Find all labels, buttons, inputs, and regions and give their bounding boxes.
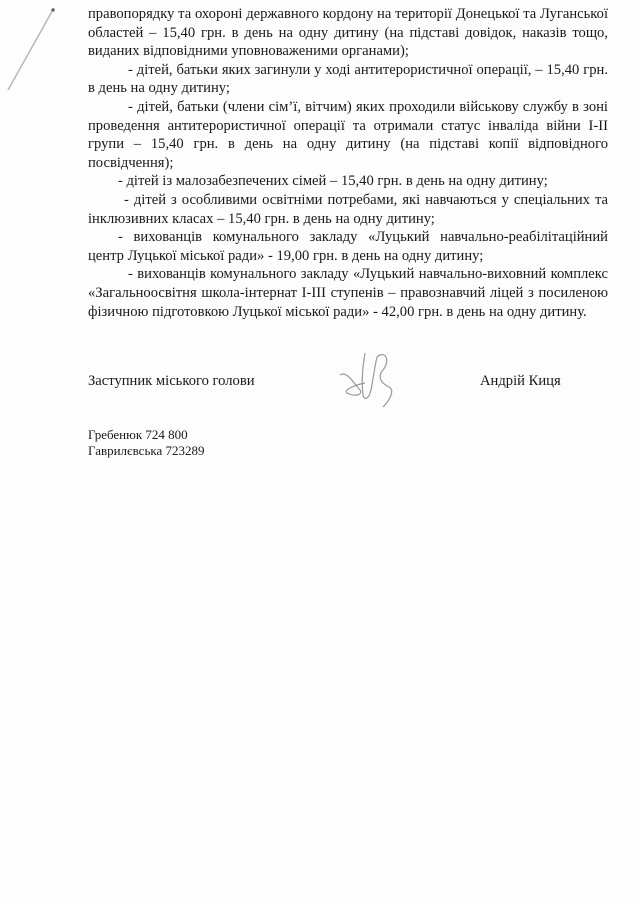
contact-line: Гаврилєвська 723289 [88,443,205,459]
paragraph: - вихованців комунального закладу «Луцьк… [88,228,608,265]
handwritten-signature-icon [335,345,410,420]
document-body: правопорядку та охороні державного кордо… [88,5,608,321]
paragraph: - дітей із малозабезпечених сімей – 15,4… [88,172,608,191]
contacts: Гребенюк 724 800 Гаврилєвська 723289 [88,427,205,458]
paragraph: правопорядку та охороні державного кордо… [88,5,608,61]
paragraph: - дітей, батьки (члени сім’ї, вітчим) як… [88,98,608,172]
signer-position: Заступник міського голови [88,373,255,390]
paragraph: - дітей з особливими освітніми потребами… [88,191,608,228]
paragraph: - вихованців комунального закладу «Луцьк… [88,265,608,321]
signer-name: Андрій Киця [480,373,561,390]
contact-line: Гребенюк 724 800 [88,427,205,443]
paragraph: - дітей, батьки яких загинули у ході ант… [88,61,608,98]
